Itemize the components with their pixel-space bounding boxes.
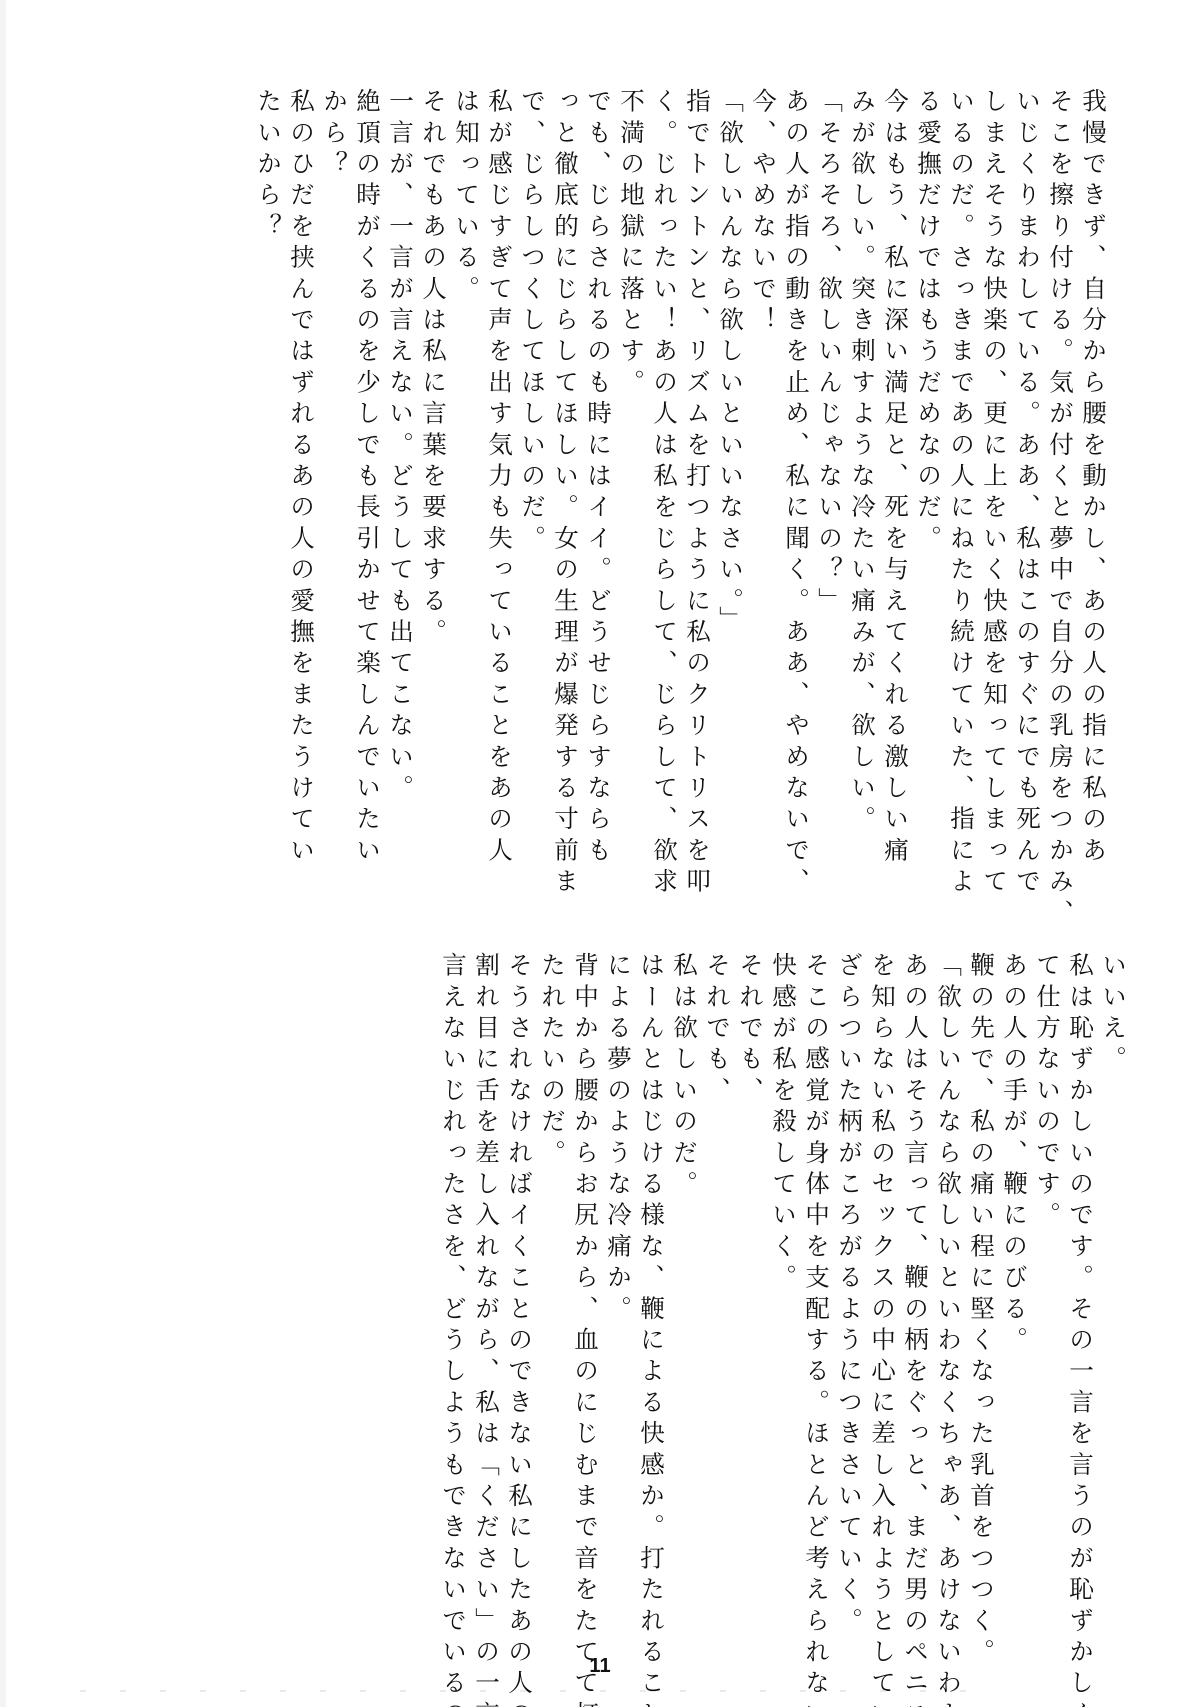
scan-page-edge <box>0 0 6 1707</box>
text-column: ざらついた柄がころがるようにつきさいていく。 <box>833 952 866 1612</box>
text-column: はーんとはじける様な、鞭による快感か。打たれること <box>635 952 668 1612</box>
text-column: 言えないじれったさを、どうしようもできないでいるのだ。 <box>437 952 470 1612</box>
text-column: みが欲しい。突き刺すような冷たい痛みが、欲しい。 <box>846 88 879 768</box>
text-column: あの人の手が、鞭にのびる。 <box>998 952 1031 1612</box>
text-column: いいえ。 <box>1097 952 1130 1612</box>
text-column: 絶頂の時がくるのを少しでも長引かせて楽しんでいたい <box>351 88 384 768</box>
text-column: しまえそうな快楽の、更に上をいく快感を知ってしまって <box>978 88 1011 768</box>
text-column: る愛撫だけではもうだめなのだ。 <box>912 88 945 768</box>
text-column: 私は欲しいのだ。 <box>668 952 701 1612</box>
text-column: そこの感覚が身体中を支配する。ほとんど考えられない <box>800 952 833 1612</box>
text-block-top: 我慢できず、自分から腰を動かし、あの人の指に私のあそこを擦り付ける。気が付くと夢… <box>252 88 1110 768</box>
text-column: て仕方ないのです。 <box>1031 952 1064 1612</box>
text-column: それでもあの人は私に言葉を要求する。 <box>417 88 450 768</box>
text-column: 鞭の先で、私の痛い程に堅くなった乳首をつつく。 <box>965 952 998 1612</box>
text-column: あの人が指の動きを止め、私に聞く。ああ、やめないで、 <box>780 88 813 768</box>
text-column: を知らない私のセックスの中心に差し入れようとしている。 <box>866 952 899 1612</box>
page-number: 11 <box>0 1655 1200 1678</box>
text-column: たいから？ <box>252 88 285 768</box>
text-column: でも、じらされるのも時にはイイ。どうせじらすならも <box>582 88 615 768</box>
text-column: 背中から腰からお尻から、血のにじむまで音をたてて打 <box>569 952 602 1612</box>
text-column: たれたいのだ。 <box>536 952 569 1612</box>
text-column: そこを擦り付ける。気が付くと夢中で自分の乳房をつかみ、 <box>1044 88 1077 768</box>
text-column: っと徹底的にじらしてほしい。女の生理が爆発する寸前ま <box>549 88 582 768</box>
text-column: から？ <box>318 88 351 768</box>
text-column: 「そろそろ、欲しいんじゃないの？」 <box>813 88 846 768</box>
text-column: 今はもう、私に深い満足と、死を与えてくれる激しい痛 <box>879 88 912 768</box>
text-column: あの人はそう言って、鞭の柄をぐっと、まだ男のペニス <box>899 952 932 1612</box>
text-column: 私は恥ずかしいのです。その一言を言うのが恥ずかしく <box>1064 952 1097 1612</box>
text-block-bottom: いいえ。私は恥ずかしいのです。その一言を言うのが恥ずかしくて仕方ないのです。あの… <box>437 952 1130 1612</box>
text-column: 快感が私を殺していく。 <box>767 952 800 1612</box>
text-column: そうされなければイくことのできない私にしたあの人の <box>503 952 536 1612</box>
text-column: 私のひだを挟んではずれるあの人の愛撫をまたうけてい <box>285 88 318 768</box>
text-column: 「欲しいんなら欲しいといわなくちゃあ、あけないわよ。」 <box>932 952 965 1612</box>
text-column: それでも、 <box>701 952 734 1612</box>
text-column: 割れ目に舌を差し入れながら、私は「ください」の一言が <box>470 952 503 1612</box>
text-column: いるのだ。さっきまであの人にねたり続けていた、指によ <box>945 88 978 768</box>
text-column: で、じらしつくしてほしいのだ。 <box>516 88 549 768</box>
text-column: 不満の地獄に落とす。 <box>615 88 648 768</box>
scan-artifact <box>80 1690 980 1692</box>
text-column: 今、やめないで！ <box>747 88 780 768</box>
text-column: く。じれったい！あの人は私をじらして、じらして、欲求 <box>648 88 681 768</box>
text-column: いじくりまわしている。ああ、私はこのすぐにでも死んで <box>1011 88 1044 768</box>
text-column: 指でトントンと、リズムを打つように私のクリトリスを叩 <box>681 88 714 768</box>
text-column: 「欲しいんなら欲しいといいなさい。」 <box>714 88 747 768</box>
text-column: 私が感じすぎて声を出す気力も失っていることをあの人 <box>483 88 516 768</box>
text-column: 一言が、一言が言えない。どうしても出てこない。 <box>384 88 417 768</box>
text-column: 我慢できず、自分から腰を動かし、あの人の指に私のあ <box>1077 88 1110 768</box>
text-column: それでも、 <box>734 952 767 1612</box>
text-column: は知っている。 <box>450 88 483 768</box>
text-column: による夢のような冷痛か。 <box>602 952 635 1612</box>
